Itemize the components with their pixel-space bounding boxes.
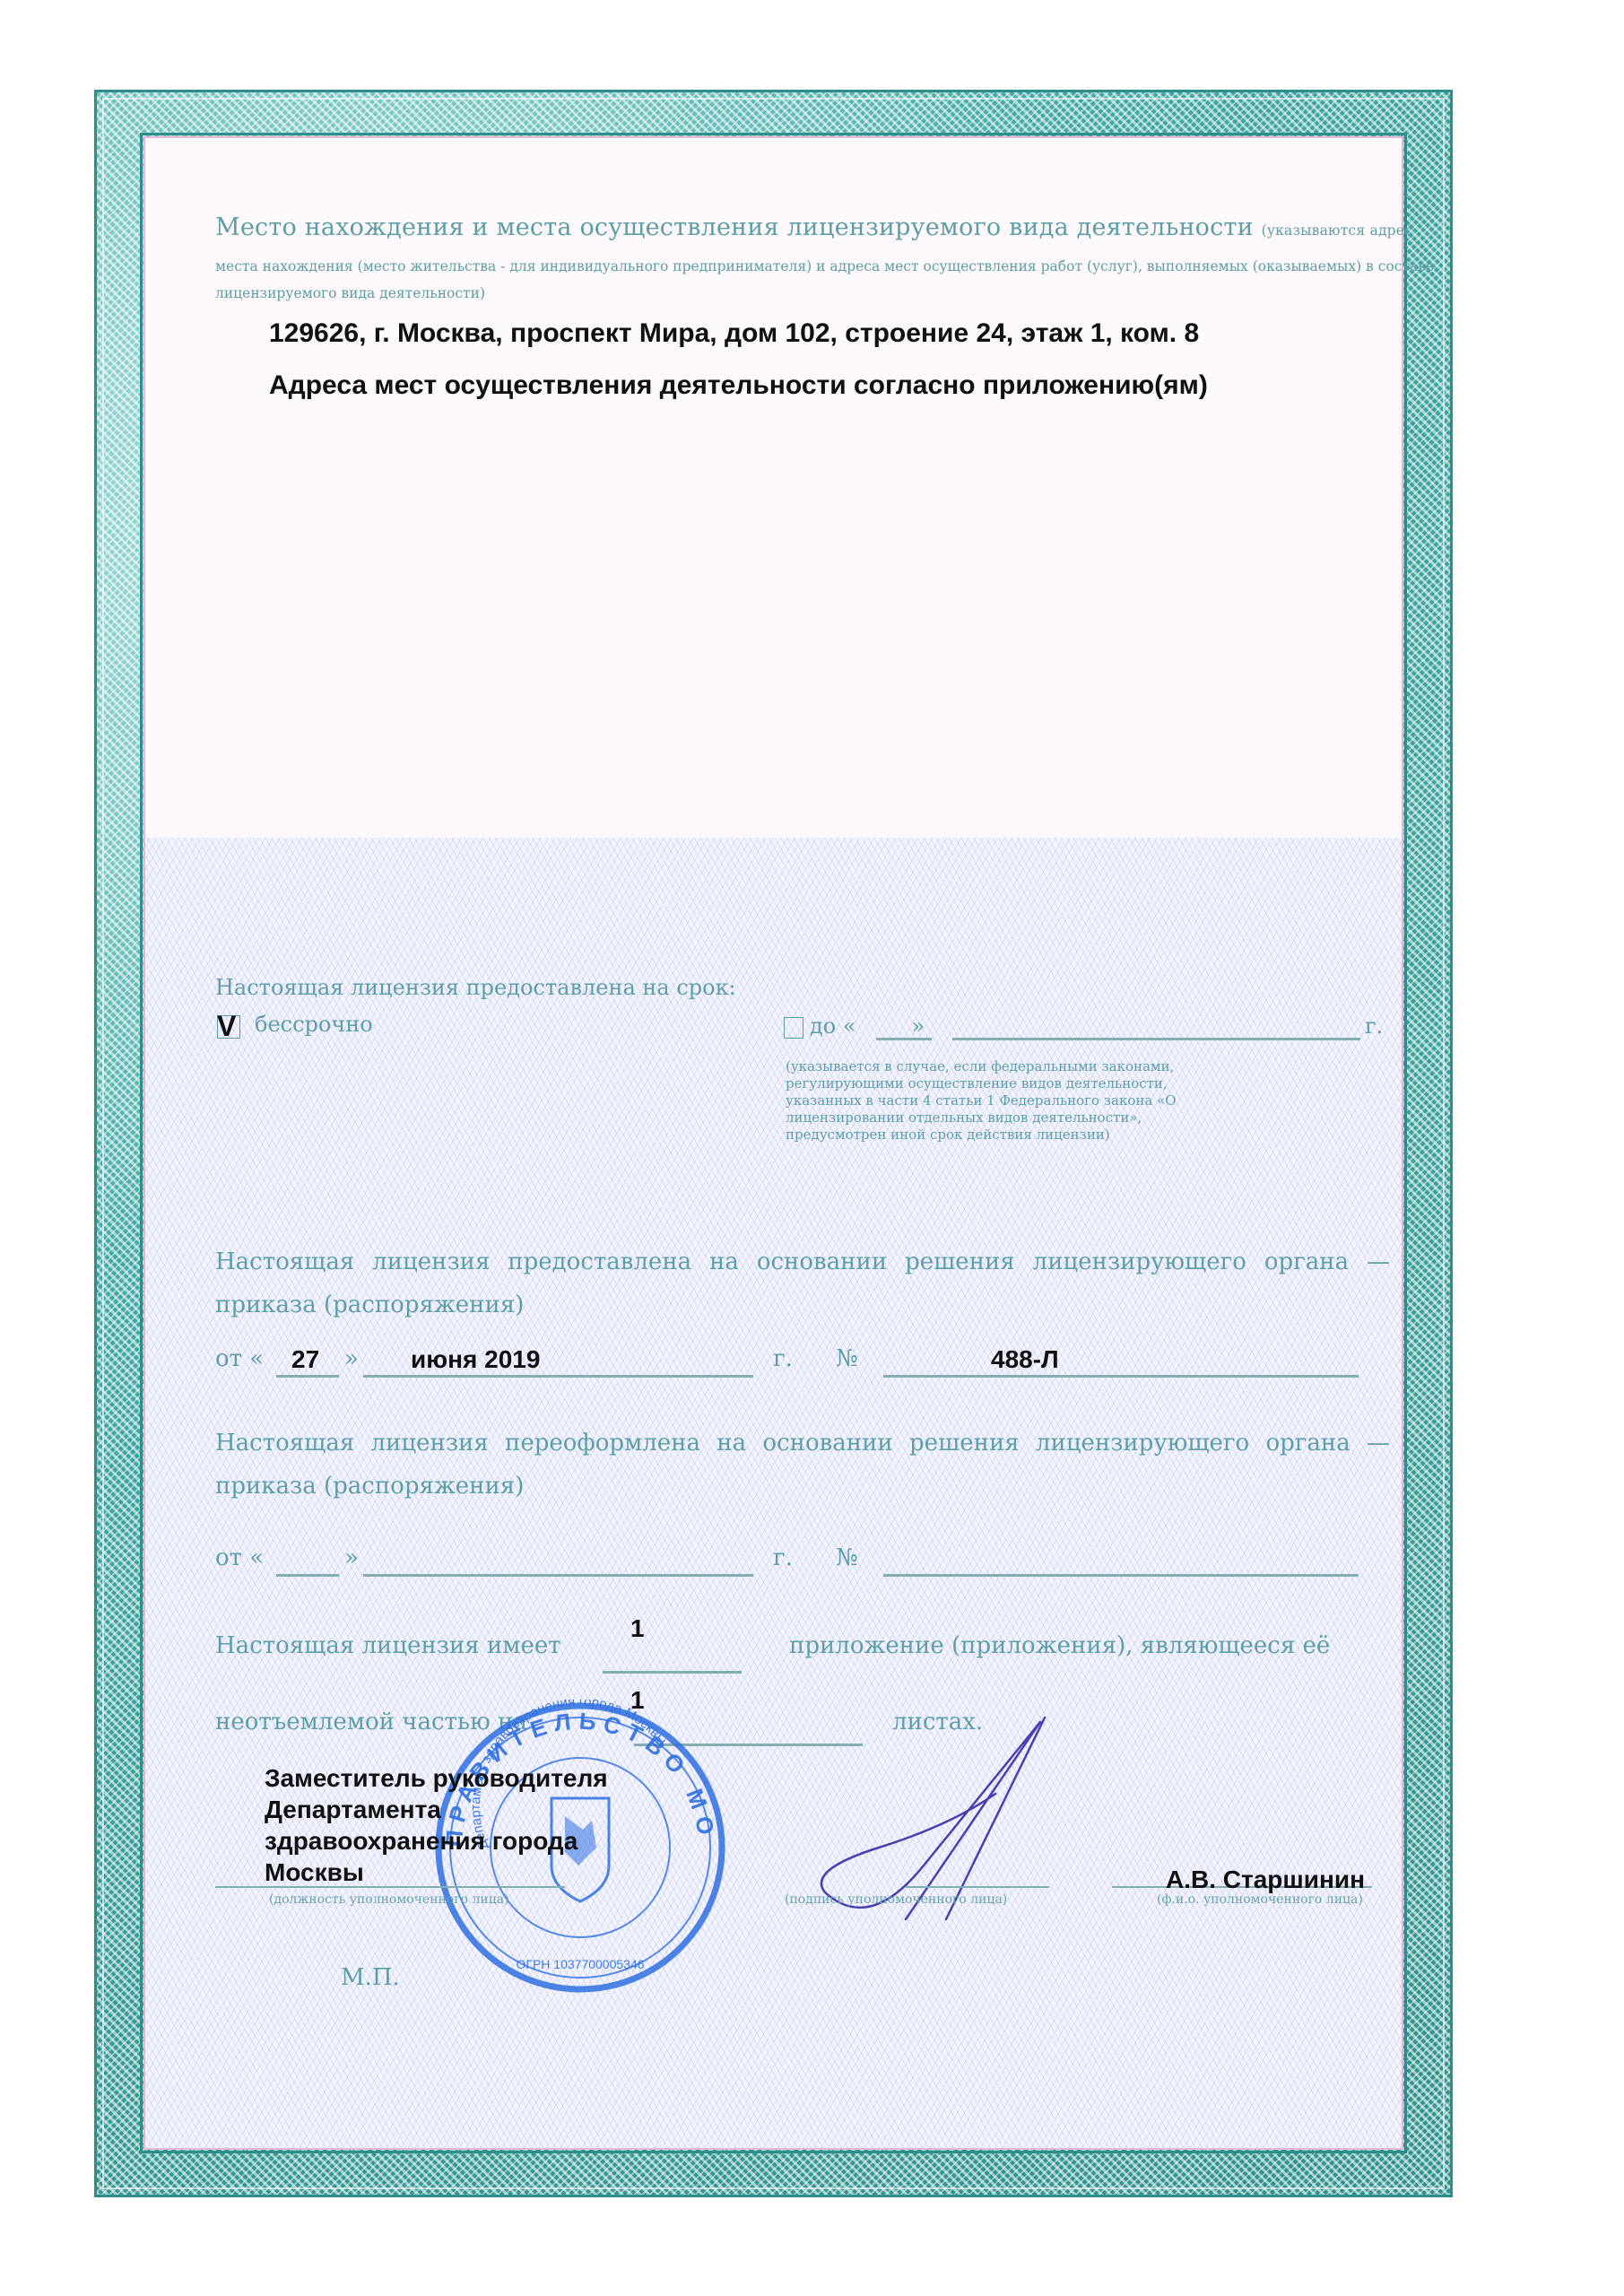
until-note: (указывается в случае, если федеральными… (786, 1058, 1180, 1144)
until-quote-close: » (912, 1013, 925, 1039)
grant-number-label: № (836, 1345, 858, 1372)
until-label-text: до « (810, 1013, 856, 1039)
until-date-field[interactable] (952, 1038, 1360, 1040)
signature-caption: (подпись уполномоченного лица) (785, 1892, 1007, 1907)
location-heading-title: Место нахождения и места осуществления л… (215, 213, 1254, 241)
grant-day: 27 (291, 1345, 319, 1374)
position-line: Заместитель руководителя (265, 1762, 608, 1794)
upper-blank-area (145, 138, 1402, 838)
grant-month-year: июня 2019 (411, 1345, 540, 1374)
grant-from-label: от « (215, 1345, 264, 1372)
signatory-position: Заместитель руководителя Департамента зд… (265, 1762, 608, 1888)
position-line: Москвы (265, 1857, 608, 1888)
appendix-line1-suffix: приложение (приложения), являющееся её (789, 1632, 1330, 1659)
grant-quote-close: » (344, 1345, 359, 1372)
reissue-number-label: № (836, 1544, 858, 1571)
activity-addresses-line: Адреса мест осуществления деятельности с… (269, 370, 1208, 401)
position-caption: (должность уполномоченного лица) (269, 1892, 509, 1907)
reissue-number-field[interactable] (883, 1574, 1359, 1577)
reissue-quote-close: » (344, 1544, 359, 1571)
reissue-date-field[interactable] (363, 1574, 753, 1577)
appendix-count: 1 (630, 1614, 645, 1643)
position-line: здравоохранения города (265, 1825, 608, 1857)
stamp-ogrn: ОГРН 1037700005346 (516, 1957, 644, 1971)
reissue-day-field[interactable] (276, 1574, 339, 1577)
location-heading-note: (указываются адрес (1262, 222, 1412, 239)
permanent-label: бессрочно (255, 1012, 373, 1037)
seal-label: М.П. (341, 1964, 400, 1991)
until-day-field[interactable] (876, 1038, 932, 1040)
signature-field (906, 1886, 1049, 1888)
grant-order-number: 488-Л (991, 1345, 1059, 1374)
location-heading: Место нахождения и места осуществления л… (215, 213, 1412, 241)
reissue-year-suffix: г. (773, 1544, 793, 1571)
position-field (215, 1886, 565, 1888)
term-title: Настоящая лицензия предоставлена на срок… (215, 975, 736, 1000)
grant-date-field[interactable] (363, 1375, 753, 1378)
grant-year-suffix: г. (773, 1345, 793, 1372)
check-mark-icon: V (217, 1010, 236, 1043)
location-heading-note-rest: места нахождения (место жительства - для… (215, 253, 1435, 307)
grant-basis-text: Настоящая лицензия предоставлена на осно… (215, 1240, 1390, 1326)
reissue-from-label: от « (215, 1544, 264, 1571)
reissue-basis-text: Настоящая лицензия переоформлена на осно… (215, 1422, 1390, 1508)
name-caption: (ф.и.о. уполномоченного лица) (1157, 1892, 1363, 1907)
signatory-name: А.В. Старшинин (1166, 1865, 1365, 1894)
until-label: до «» (810, 1013, 925, 1039)
appendix-line1-prefix: Настоящая лицензия имеет (215, 1632, 561, 1659)
until-year-suffix: г. (1365, 1013, 1383, 1039)
appendix-count-field[interactable] (603, 1671, 742, 1674)
grant-day-field[interactable] (276, 1375, 339, 1378)
position-line: Департамента (265, 1794, 608, 1825)
address-line: 129626, г. Москва, проспект Мира, дом 10… (269, 318, 1199, 349)
grant-number-field[interactable] (883, 1375, 1359, 1378)
until-checkbox[interactable] (784, 1017, 803, 1039)
